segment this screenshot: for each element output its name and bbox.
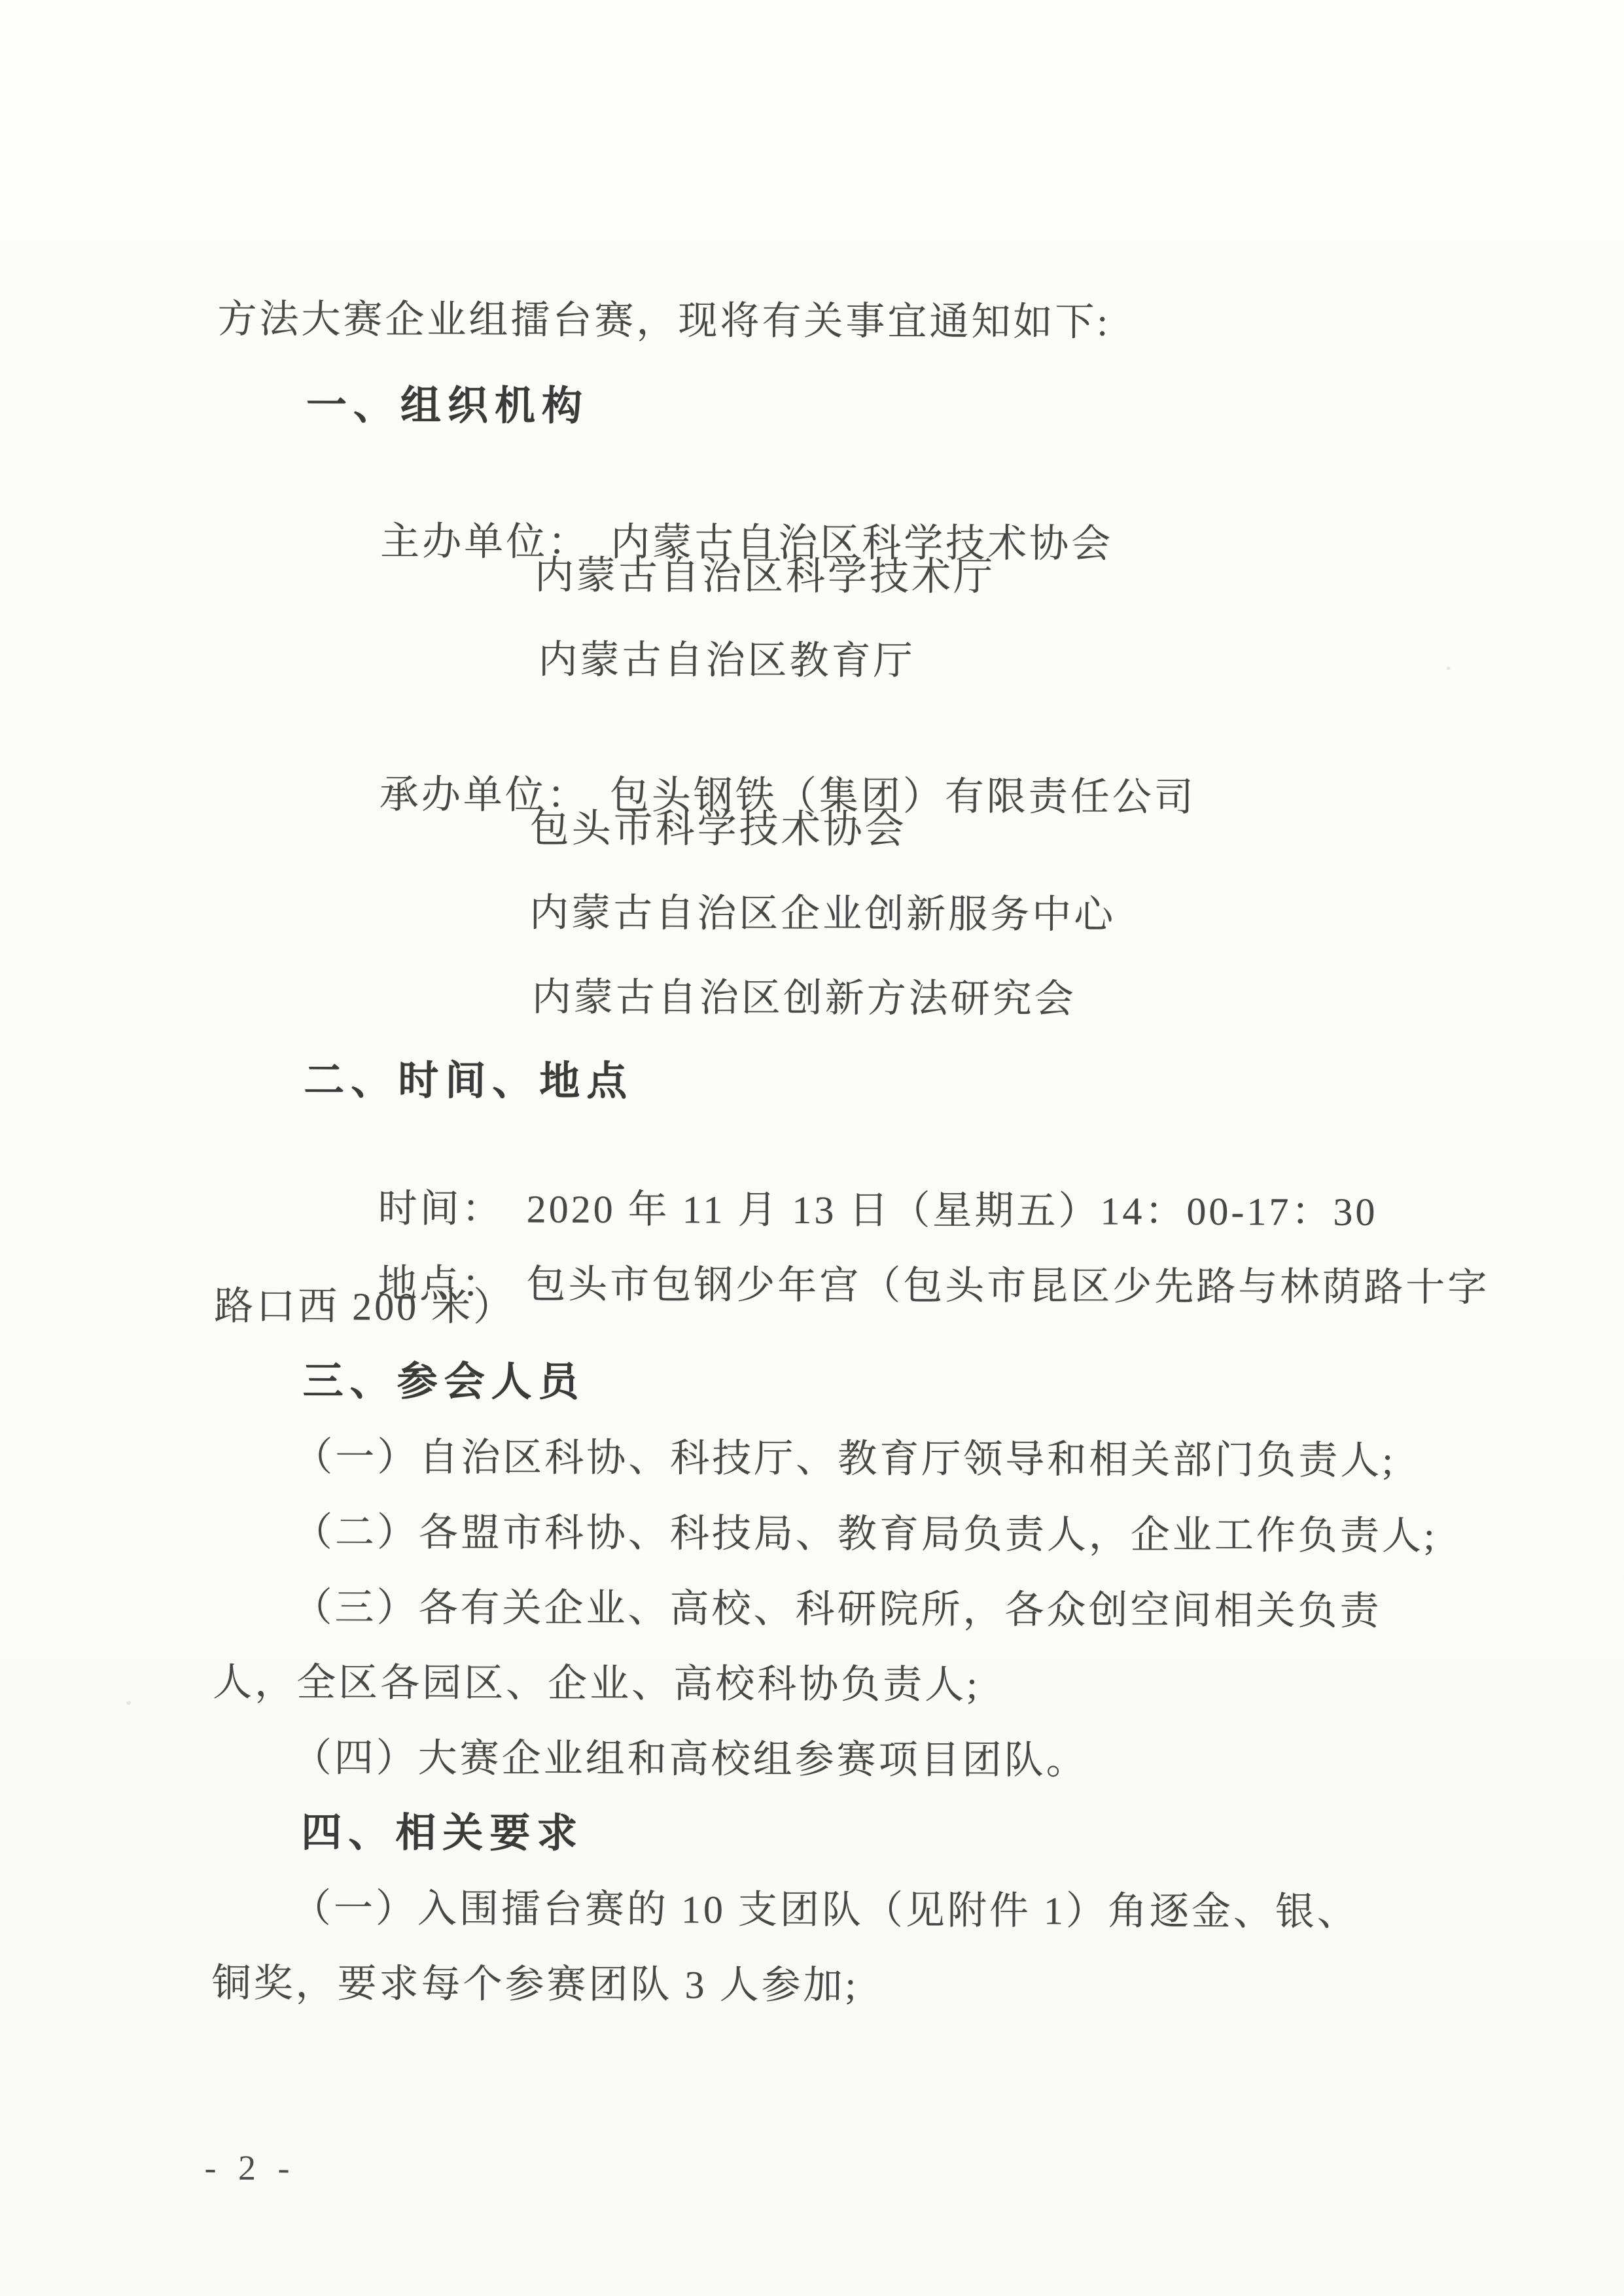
section-heading-requirements: 四、相关要求 <box>301 1807 584 1860</box>
document-page: 方法大赛企业组擂台赛，现将有关事宜通知如下: 一、组织机构 主办单位：内蒙古自治… <box>0 0 1624 2296</box>
requirement-item: （一）入围擂台赛的 10 支团队（见附件 1）角逐金、银、 <box>292 1883 1359 1938</box>
scan-speck <box>1447 667 1451 670</box>
section-heading-attendees: 三、参会人员 <box>303 1356 586 1408</box>
attendee-item: （一）自治区科协、科技厅、教育厅领导和相关部门负责人; <box>293 1431 1396 1486</box>
section-heading-time-place: 二、时间、地点 <box>304 1055 633 1107</box>
undertaker-name: 内蒙古自治区企业创新服务中心 <box>529 887 1116 940</box>
place-value: 包头市包钢少年宫（包头市昆区少先路与林荫路十字 <box>526 1259 1489 1313</box>
place-continuation: 路口西 200 米） <box>214 1281 515 1333</box>
requirement-item-continuation: 铜奖，要求每个参赛团队 3 人参加; <box>211 1958 858 2011</box>
attendee-item: （二）各盟市科协、科技局、教育局负责人，企业工作负责人; <box>293 1506 1438 1561</box>
attendee-item-continuation: 人，全区各园区、企业、高校科协负责人; <box>213 1657 980 1711</box>
organizer-name: 内蒙古自治区教育厅 <box>538 635 915 687</box>
intro-line: 方法大赛企业组擂台赛，现将有关事宜通知如下: <box>217 294 1110 348</box>
section-heading-organization: 一、组织机构 <box>306 380 589 432</box>
document-content: 方法大赛企业组擂台赛，现将有关事宜通知如下: 一、组织机构 主办单位：内蒙古自治… <box>0 0 1624 2296</box>
undertaker-name: 内蒙古自治区创新方法研究会 <box>532 972 1076 1025</box>
scan-speck <box>126 1701 131 1705</box>
page-number: - 2 - <box>204 2148 296 2188</box>
undertaker-name: 包头市科学技术协会 <box>530 803 907 855</box>
organizer-name: 内蒙古自治区科学技术厅 <box>535 550 995 602</box>
attendee-item: （四）大赛企业组和高校组参赛项目团队。 <box>292 1732 1088 1786</box>
attendee-item: （三）各有关企业、高校、科研院所，各众创空间相关负责 <box>292 1582 1381 1637</box>
